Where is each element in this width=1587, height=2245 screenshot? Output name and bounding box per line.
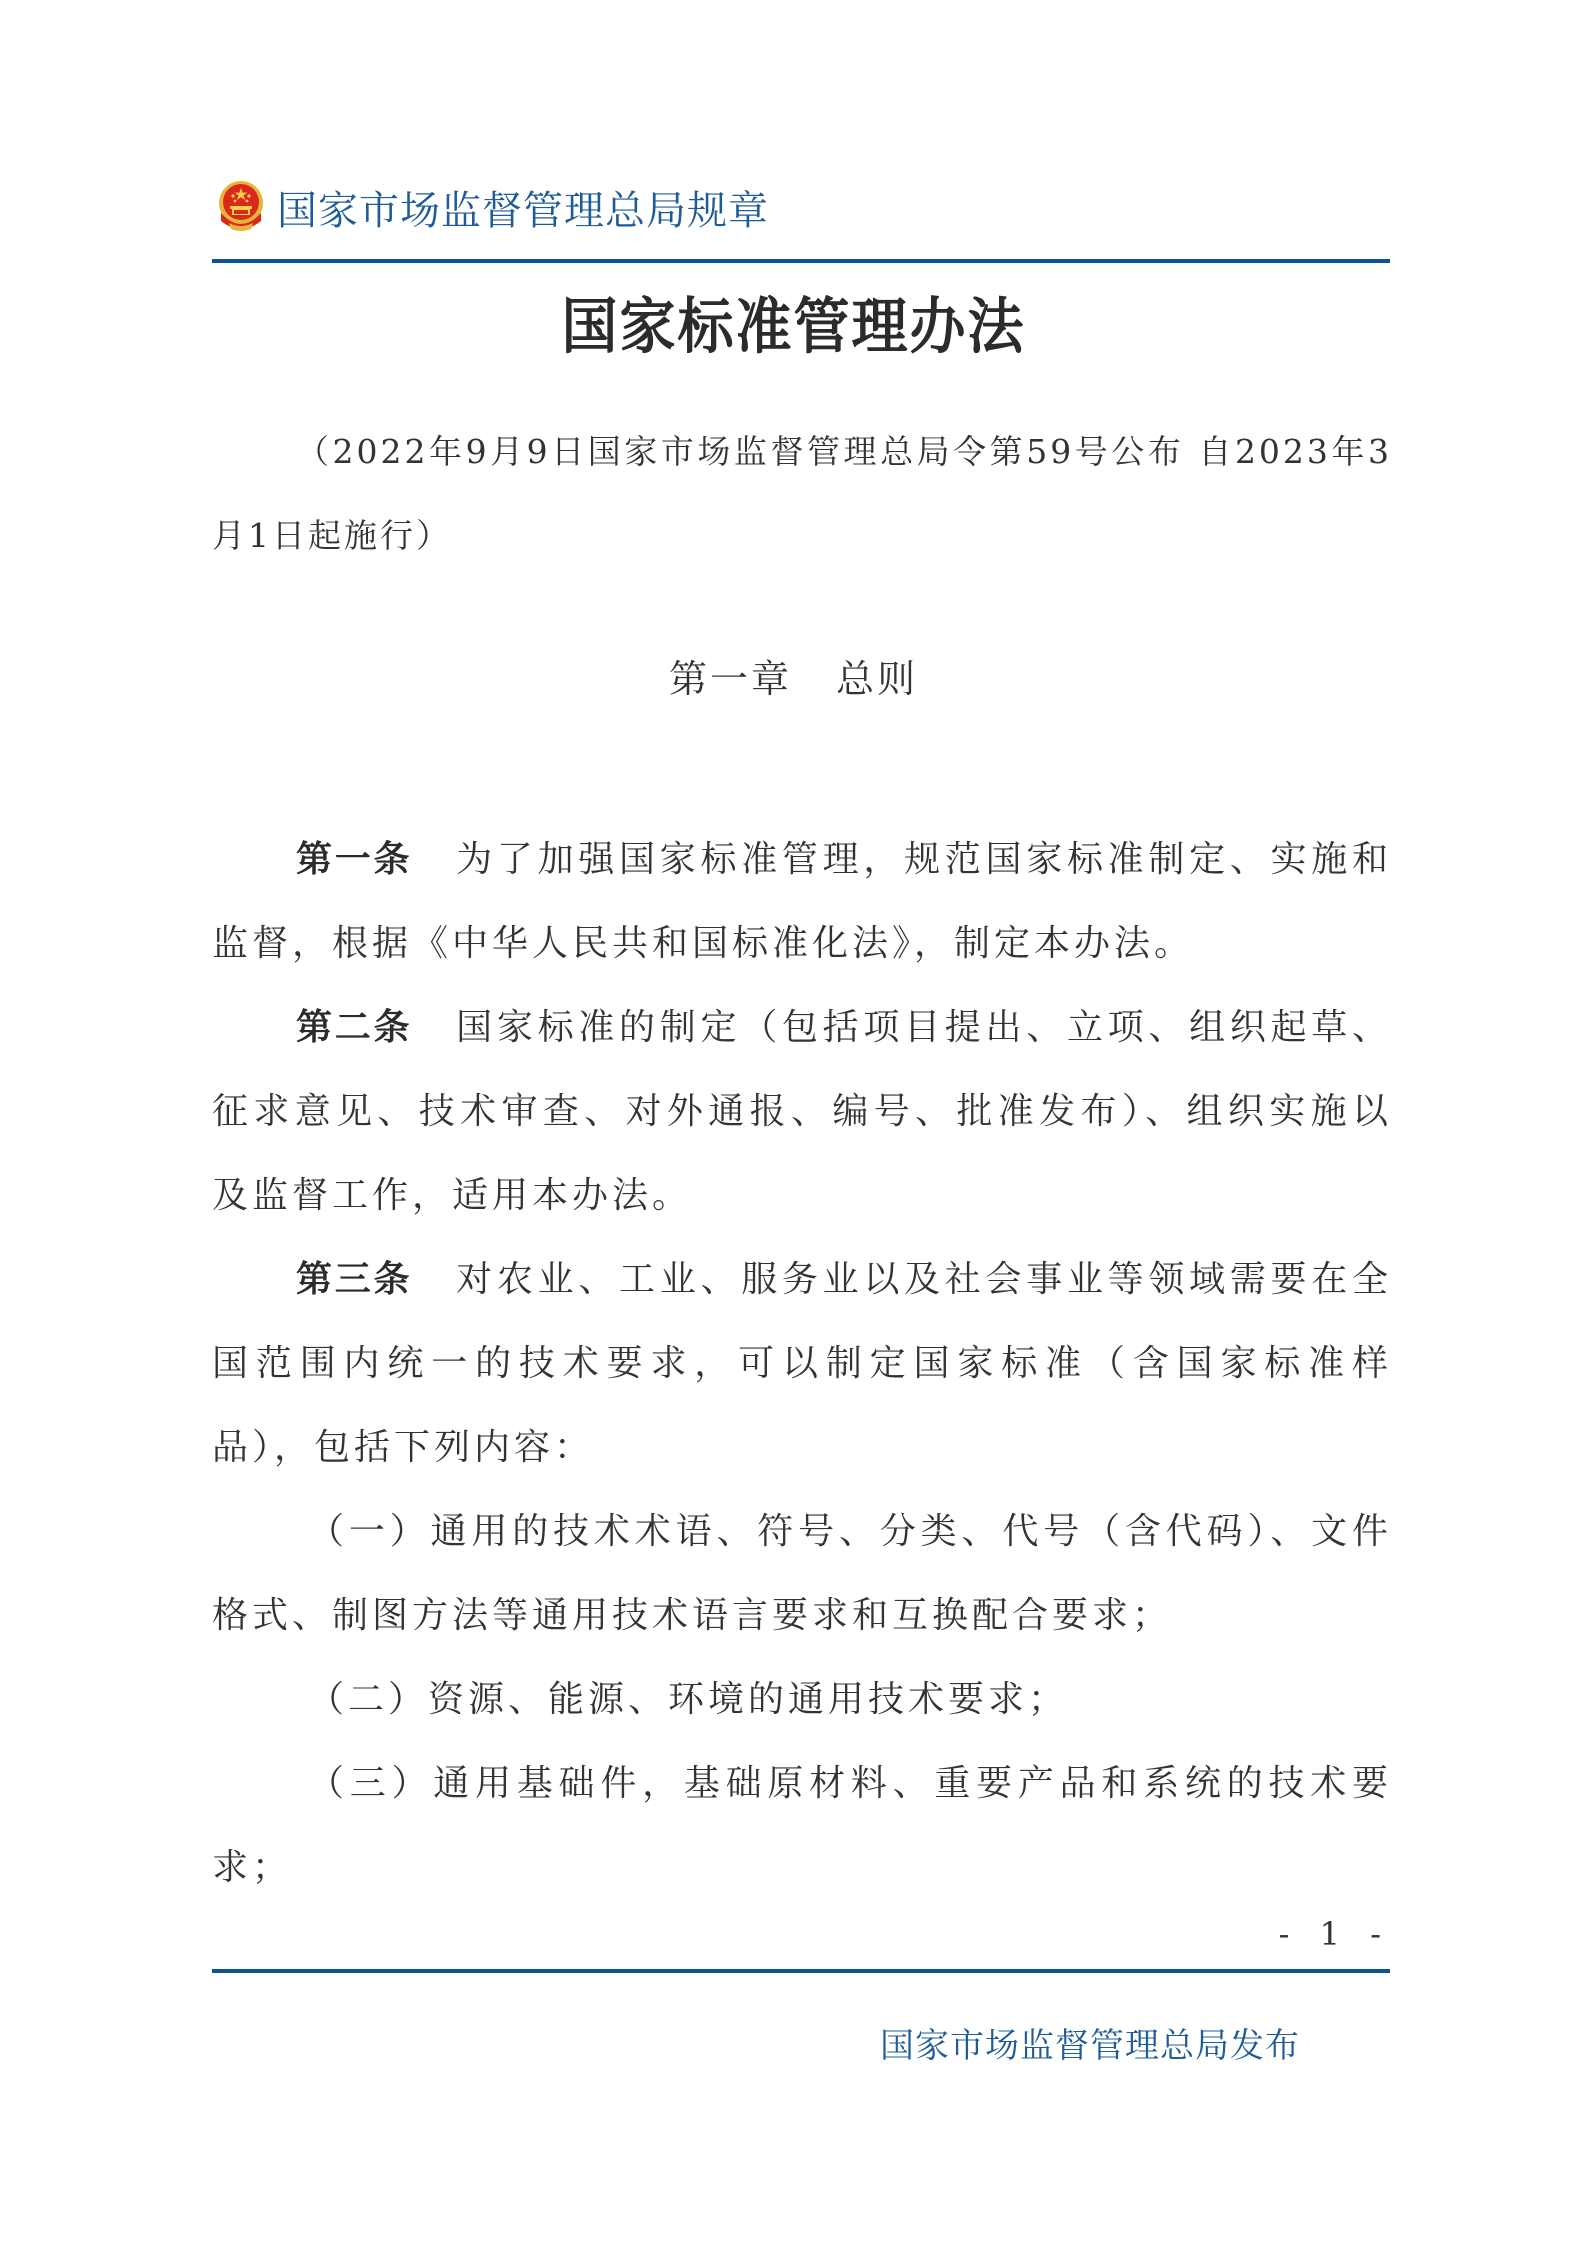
document-title: 国家标准管理办法 — [0, 279, 1587, 365]
chapter-name: 总则 — [836, 657, 918, 701]
article-1: 第一条为了加强国家标准管理，规范国家标准制定、实施和监督，根据《中华人民共和国标… — [212, 818, 1392, 986]
list-item: （一）通用的技术术语、符号、分类、代号（含代码）、文件格式、制图方法等通用技术语… — [212, 1490, 1392, 1658]
article-number: 第一条 — [296, 839, 412, 880]
article-3: 第三条对农业、工业、服务业以及社会事业等领域需要在全国范围内统一的技术要求，可以… — [212, 1238, 1392, 1490]
regulation-series-title: 国家市场监督管理总局规章 — [277, 179, 769, 236]
promulgation-note: （2022年9月9日国家市场监督管理总局令第59号公布 自2023年3月1日起施… — [212, 410, 1392, 578]
national-emblem-icon — [215, 179, 267, 235]
chapter-heading: 第一章总则 — [0, 648, 1587, 703]
chapter-number: 第一章 — [669, 657, 792, 701]
header-divider — [212, 259, 1390, 263]
article-2: 第二条国家标准的制定（包括项目提出、立项、组织起草、征求意见、技术审查、对外通报… — [212, 986, 1392, 1238]
page-number: - 1 - — [1279, 1915, 1391, 1953]
document-header: 国家市场监督管理总局规章 — [215, 172, 769, 242]
article-number: 第二条 — [296, 1007, 412, 1048]
list-item: （三）通用基础件，基础原材料、重要产品和系统的技术要求； — [212, 1742, 1392, 1910]
footer-divider — [212, 1969, 1390, 1973]
list-item: （二）资源、能源、环境的通用技术要求； — [212, 1658, 1392, 1742]
publisher-footer: 国家市场监督管理总局发布 — [880, 2018, 1300, 2067]
article-number: 第三条 — [296, 1259, 412, 1300]
